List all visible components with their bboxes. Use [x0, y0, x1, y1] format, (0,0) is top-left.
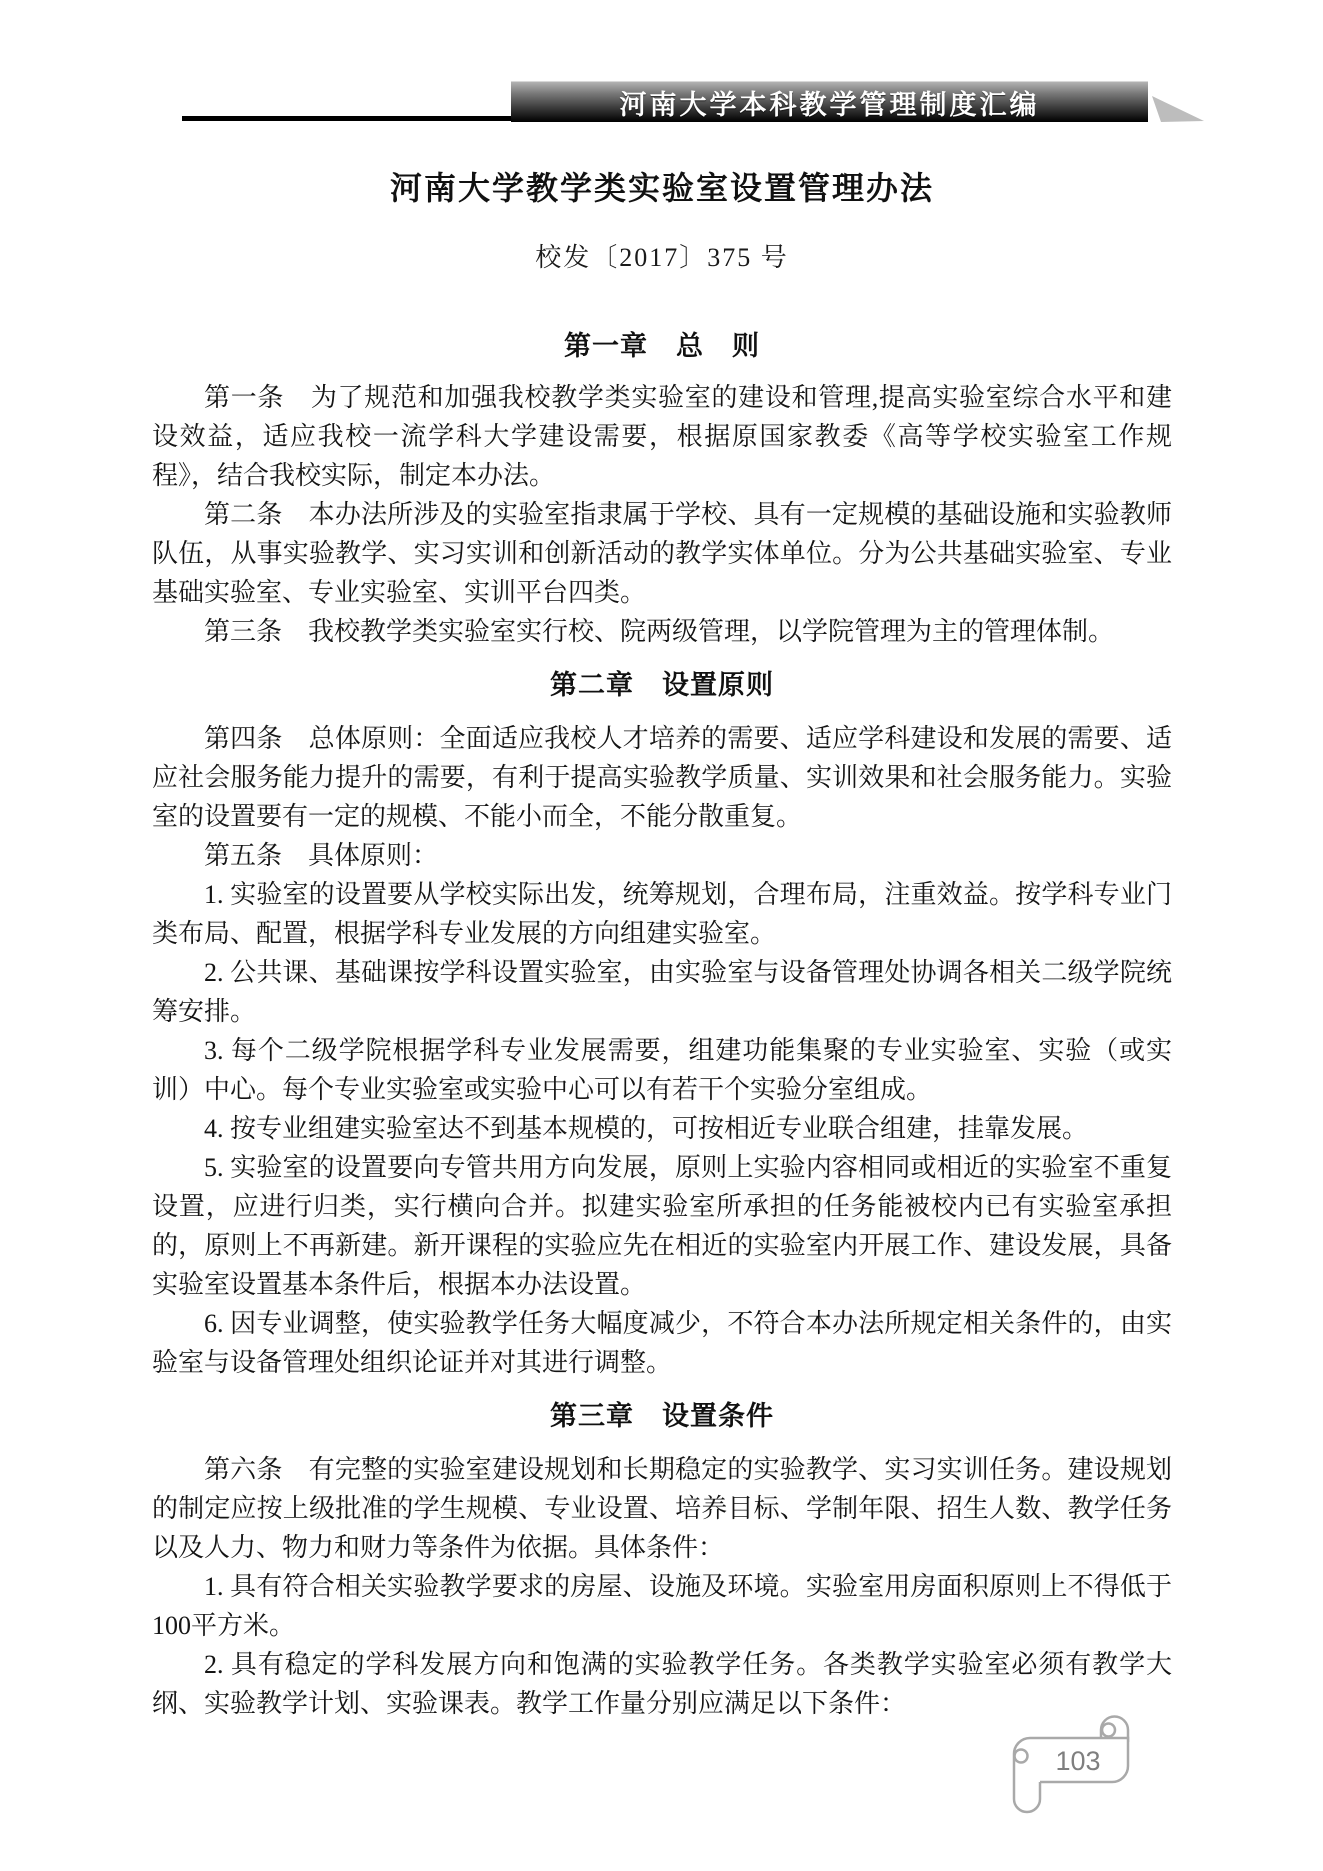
paragraph: 第二条 本办法所涉及的实验室指隶属于学校、具有一定规模的基础设施和实验教师队伍，…	[152, 495, 1172, 612]
paragraph: 第六条 有完整的实验室建设规划和长期稳定的实验教学、实习实训任务。建设规划的制定…	[152, 1450, 1172, 1567]
chapter-3-heading: 第三章 设置条件	[152, 1396, 1172, 1436]
document-page: 河南大学本科教学管理制度汇编 河南大学教学类实验室设置管理办法 校发〔2017〕…	[0, 0, 1323, 1871]
chapter-1-heading: 第一章 总 则	[152, 326, 1172, 366]
chapter-2: 第二章 设置原则 第四条 总体原则：全面适应我校人才培养的需要、适应学科建设和发…	[152, 665, 1172, 1382]
paragraph: 2. 公共课、基础课按学科设置实验室，由实验室与设备管理处协调各相关二级学院统筹…	[152, 953, 1172, 1031]
chapter-2-heading: 第二章 设置原则	[152, 665, 1172, 705]
document-title: 河南大学教学类实验室设置管理办法	[152, 168, 1172, 208]
chapter-1: 第一章 总 则 第一条 为了规范和加强我校教学类实验室的建设和管理,提高实验室综…	[152, 326, 1172, 651]
paragraph: 1. 实验室的设置要从学校实际出发，统筹规划，合理布局，注重效益。按学科专业门类…	[152, 875, 1172, 953]
paragraph: 第五条 具体原则：	[152, 836, 1172, 875]
paragraph: 第一条 为了规范和加强我校教学类实验室的建设和管理,提高实验室综合水平和建设效益…	[152, 378, 1172, 495]
header-banner-title: 河南大学本科教学管理制度汇编	[620, 83, 1040, 122]
document-number: 校发〔2017〕375 号	[152, 242, 1172, 274]
header-banner: 河南大学本科教学管理制度汇编	[511, 81, 1148, 122]
page-number: 103	[1055, 1746, 1100, 1776]
paragraph: 4. 按专业组建实验室达不到基本规模的，可按相近专业联合组建，挂靠发展。	[152, 1109, 1172, 1148]
chapter-3: 第三章 设置条件 第六条 有完整的实验室建设规划和长期稳定的实验教学、实习实训任…	[152, 1396, 1172, 1723]
page-number-scroll-icon: 103	[1002, 1710, 1142, 1815]
paragraph: 6. 因专业调整，使实验教学任务大幅度减少，不符合本办法所规定相关条件的，由实验…	[152, 1304, 1172, 1382]
paragraph: 第四条 总体原则：全面适应我校人才培养的需要、适应学科建设和发展的需要、适应社会…	[152, 719, 1172, 836]
paragraph: 1. 具有符合相关实验教学要求的房屋、设施及环境。实验室用房面积原则上不得低于 …	[152, 1567, 1172, 1645]
header-arrow-icon	[1152, 94, 1204, 123]
header-rule	[182, 116, 530, 121]
paragraph: 第三条 我校教学类实验室实行校、院两级管理，以学院管理为主的管理体制。	[152, 612, 1172, 651]
paragraph: 3. 每个二级学院根据学科专业发展需要，组建功能集聚的专业实验室、实验（或实训）…	[152, 1031, 1172, 1109]
document-content: 河南大学教学类实验室设置管理办法 校发〔2017〕375 号 第一章 总 则 第…	[152, 168, 1172, 1723]
paragraph: 5. 实验室的设置要向专管共用方向发展，原则上实验内容相同或相近的实验室不重复设…	[152, 1148, 1172, 1304]
